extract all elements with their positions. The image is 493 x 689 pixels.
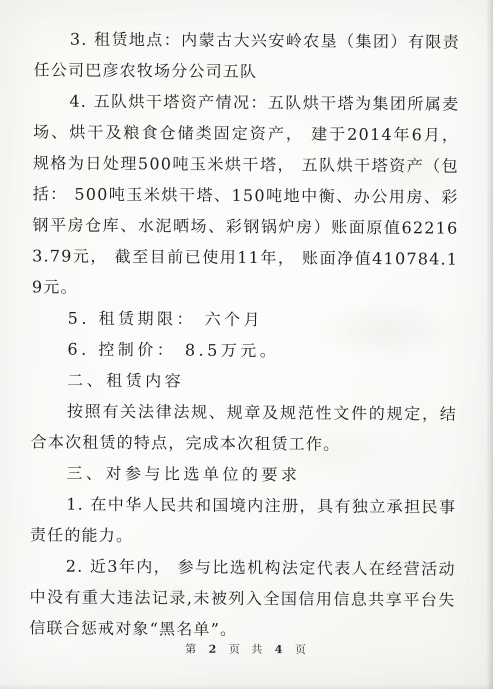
scan-edge-shadow-bottom	[0, 684, 493, 689]
page-number-footer: 第 2 页 共 4 页	[0, 640, 493, 659]
footer-label-ye2: 页	[293, 643, 310, 656]
paragraph-requirement-2: 2. 近3年内， 参与比选机构法定代表人在经营活动中没有重大违法记录,未被列入全…	[29, 550, 456, 646]
paragraph-item-6-control-price: 6. 控制价： 8.5万元。	[31, 333, 457, 367]
heading-section-3-requirements: 三、对参与比选单位的要求	[30, 457, 456, 491]
paragraph-requirement-1: 1. 在中华人民共和国境内注册，具有独立承担民事责任的能力。	[30, 488, 456, 553]
paragraph-item-4-asset-details: 4. 五队烘干塔资产情况：五队烘干塔为集团所属麦场、烘干及粮食仓储类固定资产， …	[32, 85, 460, 305]
heading-section-2-lease-content: 二、租赁内容	[31, 364, 457, 398]
paragraph-section-2-body: 按照有关法律法规、规章及规范性文件的规定，结合本次租赁的特点，完成本次租赁工作。	[31, 395, 457, 460]
footer-label-di: 第	[183, 643, 200, 656]
footer-label-ye1: 页	[227, 643, 244, 656]
footer-label-gong: 共	[249, 643, 266, 656]
footer-current-page: 2	[206, 643, 222, 656]
document-body: 3. 租赁地点：内蒙古大兴安岭农垦（集团）有限责任公司巴彦农牧场分公司五队 4.…	[29, 23, 460, 646]
scanned-document-page: 3. 租赁地点：内蒙古大兴安岭农垦（集团）有限责任公司巴彦农牧场分公司五队 4.…	[0, 0, 493, 689]
paragraph-item-3-lease-location: 3. 租赁地点：内蒙古大兴安岭农垦（集团）有限责任公司巴彦农牧场分公司五队	[34, 23, 460, 88]
scan-edge-shadow-right	[486, 0, 493, 689]
footer-total-pages: 4	[272, 643, 288, 656]
paragraph-item-5-lease-term: 5. 租赁期限： 六个月	[32, 302, 458, 336]
